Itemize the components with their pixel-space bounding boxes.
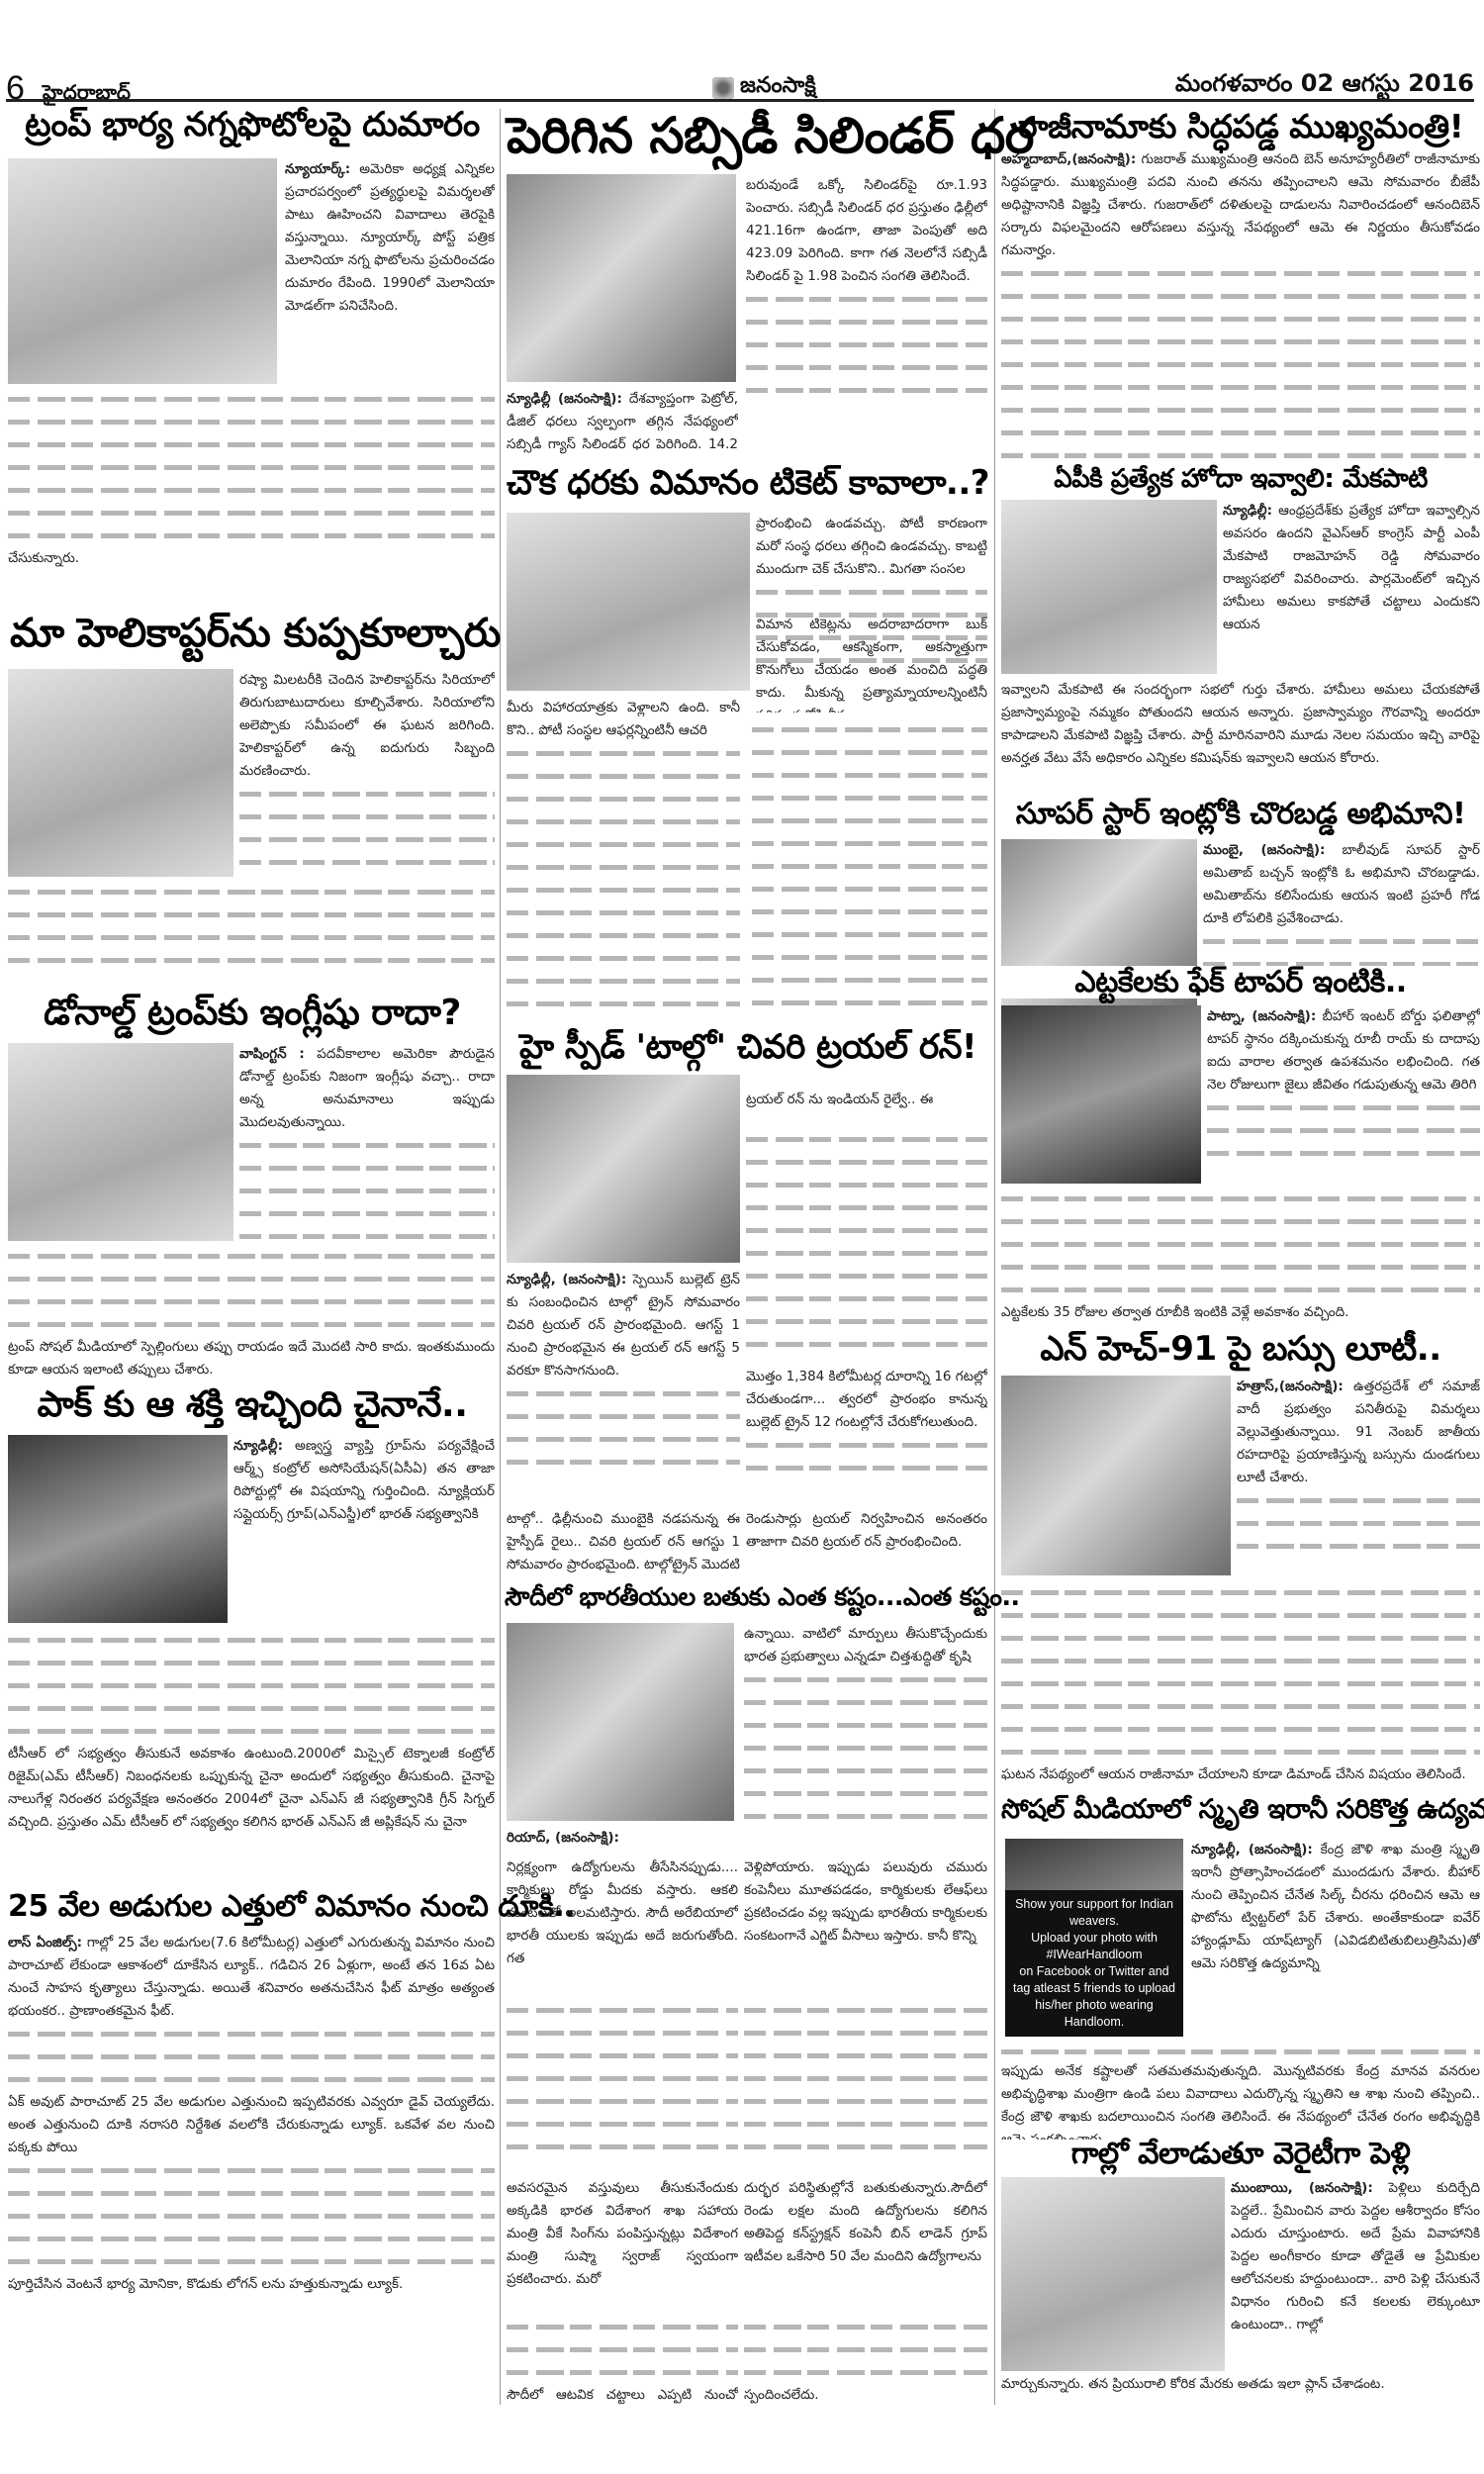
article-body: న్యూఢిల్లీ: ఆంధ్రప్రదేశ్‌కు ప్రత్యేక హోద… xyxy=(1223,500,1480,676)
headline: ఏపీకి ప్రత్యేక హోదా ఇవ్వాలి: మేకపాటి xyxy=(1001,465,1480,494)
article-body-col1: మీరు విహారయాత్రకు వెళ్లాలని ఉంది. కానీ క… xyxy=(507,697,740,1023)
column-divider-right xyxy=(994,109,995,2405)
article-body-filler xyxy=(507,1999,738,2177)
photo-bus xyxy=(1001,1376,1231,1575)
logo-mark-icon xyxy=(712,77,734,99)
article-body: వాషింగ్టన్ : పదవీకాలాల అమెరికా పౌరుడైన డ… xyxy=(239,1043,495,1241)
article-body-continued: ఘటన నేపథ్యంలో ఆయన రాజీనామా చేయాలని కూడా … xyxy=(1001,1581,1480,1789)
photo-ruby-rai xyxy=(1001,1005,1201,1184)
article-body: రష్యా మిలటరీకి చెందిన హెలికాప్టర్‌ను సిర… xyxy=(239,669,495,879)
article-body: ముంబాయి, (జనంసాక్షి): పెళ్లిలు కుదిర్చేద… xyxy=(1231,2177,1480,2371)
photo-donald-trump xyxy=(8,1043,233,1241)
article-body: లాస్ ఏంజిల్స్: గాల్లో 25 వేల అడుగుల(7.6 … xyxy=(8,1932,495,2403)
article-body-continued xyxy=(8,881,495,990)
headline: ఎన్ హెచ్-91 పై బస్సు లూటీ.. xyxy=(1001,1331,1480,1368)
photo-pak-china-handshake xyxy=(8,1435,228,1623)
article-body-continued: టీసీఆర్ లో సభ్యత్వం తీసుకునే అవకాశం ఉంటు… xyxy=(8,1629,495,1884)
dateline: న్యూయార్క్: xyxy=(285,161,350,177)
headline: సోషల్ మీడియాలో స్మృతి ఇరానీ సరికొత్త ఉద్… xyxy=(1001,1795,1482,1825)
photo-trump-melania xyxy=(8,158,277,384)
photo-plane-globe-mouse xyxy=(507,513,750,691)
photo-gas-cylinders xyxy=(507,174,736,382)
article-body: న్యూఢిల్లీ, (జనంసాక్షి): కేంద్ర జౌళి శాఖ… xyxy=(1191,1839,1480,2037)
photo-zipline-wedding xyxy=(1001,2177,1225,2371)
article-body-col2: వెళ్లిపోయారు. ఇప్పుడు పలువురు చమురు కంపె… xyxy=(744,1856,987,1995)
article-body-col2-lead: ట్రయల్ రన్ ను ఇండియన్ రైల్వే.. ఈ xyxy=(746,1089,987,1128)
headline: ఎట్టకేలకు ఫేక్ టాపర్ ఇంటికి.. xyxy=(1001,966,1480,999)
article-body-col2-filler xyxy=(746,1128,987,1356)
article-body: నిర్లక్ష్యంగా ఉద్యోగులను తీసేసినప్పుడు..… xyxy=(507,1856,738,1995)
photo-talgo-train xyxy=(507,1075,740,1263)
article-body-continued: ఎట్టకేలకు 35 రోజుల తర్వాత రూబీకి ఇంటికి … xyxy=(1001,1188,1480,1326)
dateline: రియాద్, (జనంసాక్షి): xyxy=(507,1827,738,1856)
photo-smriti-irani: Show your support for Indian weavers. Up… xyxy=(1005,1839,1183,2037)
headline: సౌదీలో భారతీయుల బతుకు ఎంత కష్టం...ఎంత కష… xyxy=(505,1583,989,1611)
article-body: న్యూఢిల్లీ: అణ్వస్త్ర వ్యాప్తి గ్రూప్‌ను… xyxy=(233,1435,495,1625)
headline: రాజీనామాకు సిద్ధపడ్డ ముఖ్యమంత్రి! xyxy=(1001,109,1480,144)
article-body-col2-lead: ఉన్నాయి. వాటిలో మార్పులు తీసుకొచ్చేందుకు… xyxy=(744,1623,987,1855)
article-body: విమాన టికెట్లను అదరాబాదరాగా బుక్ చేసుకోవ… xyxy=(756,614,987,713)
headline: సూపర్ స్టార్ ఇంట్లోకి చొరబడ్డ అభిమాని! xyxy=(1001,798,1480,830)
headline: ట్రంప్ భార్య నగ్నఫొటోలపై దుమారం xyxy=(10,107,495,143)
headline: 25 వేల అడుగుల ఎత్తులో విమానం నుంచి దూకి.… xyxy=(8,1890,497,1923)
headline: పెరిగిన సబ్సిడీ సిలిండర్ ధర xyxy=(507,109,989,163)
article-body-col2: బరువుండే ఒక్కో సిలిండర్‌పై రూ.1.93 పెంచా… xyxy=(746,174,987,461)
image-caption: Show your support for Indian weavers. Up… xyxy=(1005,1890,1183,2037)
article-body-continued: ట్రంప్ సోషల్ మీడియాలో స్పెల్లింగులు తప్ప… xyxy=(8,1245,495,1378)
page-number: 6 xyxy=(6,69,25,108)
headline: మా హెలికాప్టర్‌ను కుప్పకూల్చారు xyxy=(10,612,495,655)
article-body-col2-b: దుర్భర పరిస్థితుల్లోనే బతుకుతున్నారు.సౌద… xyxy=(744,2177,987,2316)
headline: హై స్పీడ్ 'టాల్గో' చివరి ట్రయల్ రన్! xyxy=(507,1029,989,1066)
article-body-b: అవసరమైన వస్తువులు తీసుకునేందుకు అక్కడికి… xyxy=(507,2177,738,2316)
article-body-col2: మొత్తం 1,384 కిలోమీటర్ల దూరాన్ని 16 గటల్… xyxy=(746,1366,987,1504)
headline: డోనాల్డ్ ట్రంప్‌కు ఇంగ్లీషు రాదా? xyxy=(10,994,495,1033)
article-body-continued: చేసుకున్నారు. xyxy=(8,388,495,576)
article-body-end-col2: స్పందించలేదు. xyxy=(744,2316,987,2405)
issue-date: మంగళవారం 02 ఆగస్టు 2016 xyxy=(1175,69,1474,103)
photo-saudi-workers xyxy=(507,1623,734,1821)
article-body: అహ్మదాబాద్,(జనంసాక్షి): గుజరాత్ ముఖ్యమంత… xyxy=(1001,148,1480,460)
article-body-continued: మార్చుకున్నారు. తన ప్రియురాలి కోరిక మేరక… xyxy=(1001,2373,1480,2413)
article-body-continued: ఇవ్వాలని మేకపాటి ఈ సందర్భంగా సభలో గుర్తు… xyxy=(1001,679,1480,793)
article-body: హత్రాస్,(జనంసాక్షి): ఉత్తరప్రదేశ్ లో సమా… xyxy=(1237,1376,1480,1577)
headline: పాక్ కు ఆ శక్తి ఇచ్చింది చైనానే.. xyxy=(10,1385,495,1425)
article-body-end-col2: రెండుసార్లు ట్రయల్ నిర్వహించిన అనంతరం తా… xyxy=(746,1508,987,1558)
photo-mekapati xyxy=(1001,500,1217,674)
headline: చౌక ధరకు విమానం టికెట్ కావాలా..? xyxy=(507,465,989,502)
photo-helicopter xyxy=(8,669,233,877)
article-body: న్యూఢిల్లీ, (జనంసాక్షి): స్పెయిన్ బుల్లె… xyxy=(507,1269,740,1506)
headline: గాల్లో వేలాడుతూ వెరైటీగా పెళ్లి xyxy=(1001,2138,1480,2170)
article-body-col2 xyxy=(752,718,987,1025)
article-body-continued: ఇప్పుడు అనేక కష్టాలతో సతమతమవుతున్నది. మొ… xyxy=(1001,2060,1480,2140)
masthead-rule xyxy=(6,99,1474,102)
article-body: పాట్నా, (జనంసాక్షి): బీహార్ ఇంటర్ బోర్డు… xyxy=(1207,1005,1480,1186)
article-body-col2-filler xyxy=(744,1999,987,2177)
masthead-left: 6 హైదరాబాద్ xyxy=(6,69,131,109)
article-body-end: సౌదీలో ఆటవిక చట్టాలు ఎప్పటి నుంచో అమల్లో xyxy=(507,2316,738,2405)
article-body: న్యూయార్క్: అమెరికా అధ్యక్ష ఎన్నికల ప్రచ… xyxy=(285,158,495,386)
column-divider-left xyxy=(500,109,501,2405)
article-body: న్యూఢిల్లీ (జనంసాక్షి): దేశవ్యాప్తంగా పె… xyxy=(507,388,738,457)
article-body-end: టాల్గో.. ఢిల్లీనుంచి ముంబైకి నడపనున్న ఈ … xyxy=(507,1508,740,1579)
